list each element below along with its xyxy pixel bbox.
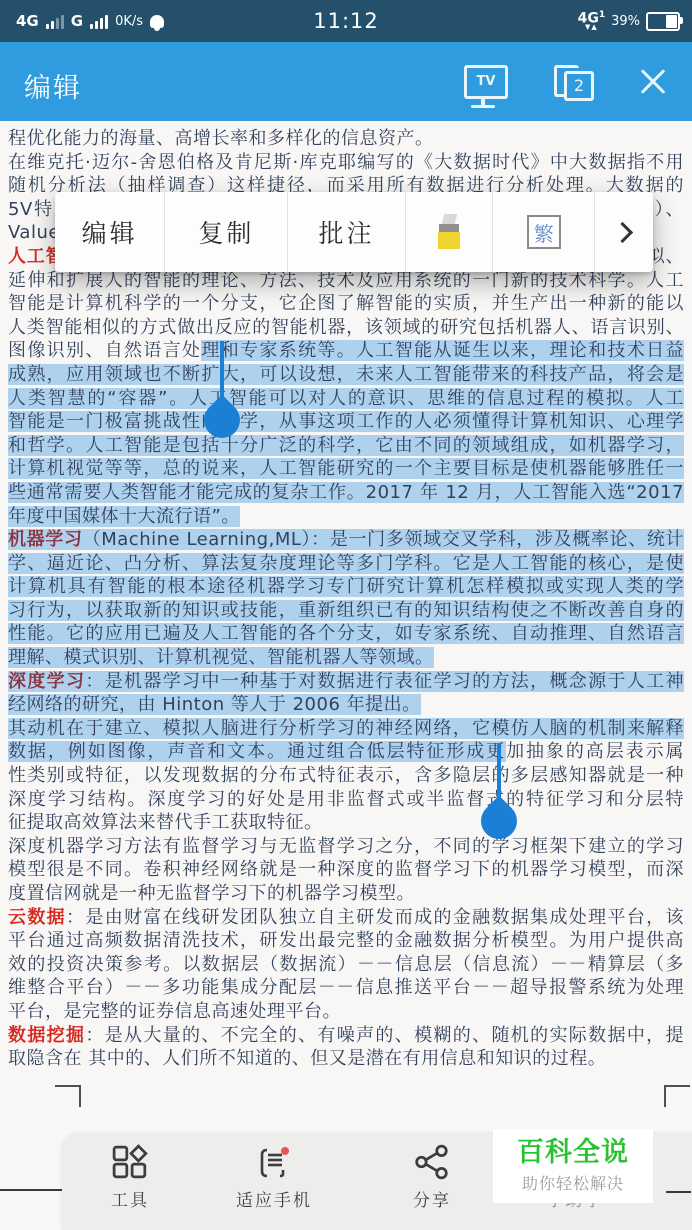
popup-copy-button[interactable]: 复制 — [165, 192, 288, 272]
doc-text: 深度机器学习方法有监督学习与无监督学习之分，不同的学习框架下建立的学习 — [8, 836, 684, 857]
doc-line: 平台，是完整的证券信息高速处理平台。 — [8, 1000, 684, 1024]
page-border-left-segment — [0, 1189, 64, 1191]
doc-text: 维整合平台）－－多功能集成分配层－－信息推送平台－－超导报警系统为处理 — [8, 977, 684, 998]
doc-text: 程优化能力的海量、高增长率和多样化的信息资产。 — [8, 128, 434, 149]
selected-text: 数据，例如图像，声音和文本。通过组合低层特征形成更 — [8, 741, 506, 762]
close-icon[interactable] — [638, 67, 668, 97]
tv-cast-icon[interactable]: TV — [464, 65, 508, 99]
share-label: 分享 — [413, 1186, 451, 1211]
selected-text: 计算机具有智能的根本途径机器学习专门研究计算机怎样模拟或实现人类的学 — [8, 576, 684, 597]
doc-text: 平台，是完整的证券信息高速处理平台。 — [8, 1001, 341, 1022]
page-corner-right — [664, 1085, 690, 1107]
doc-line: 理解、模式识别、计算机视觉、智能机器人等领域。 — [8, 646, 684, 670]
selected-text: 习行为，以获取新的知识或技能，重新组织已有的知识结构使之不断改善自身的 — [8, 600, 684, 621]
doc-line: 云数据：是由财富在线研发团队独立自主研发而成的金融数据集成处理平台，该 — [8, 906, 684, 930]
selected-text: 些通常需要人类智能才能完成的复杂工作。2017 年 12 月，人工智能入选“20… — [8, 482, 684, 503]
selected-text: 成熟，应用领域也不断扩大，可以设想，未来人工智能带来的科技产品，将会是 — [8, 364, 684, 385]
page-title: 编辑 — [24, 66, 82, 105]
doc-text: 模型很是不同。卷积神经网络就是一种深度的监督学习下的机器学习模型，而深 — [8, 859, 684, 880]
doc-line: 智能是一门极富挑战性的科学，从事这项工作的人必须懂得计算机知识、心理学 — [8, 410, 684, 434]
page-corner-left — [55, 1085, 81, 1107]
doc-line: 其动机在于建立、模拟人脑进行分析学习的神经网络，它模仿人脑的机制来解释 — [8, 717, 684, 741]
selected-text: 计算机视觉等等，总的说来，人工智能研究的一个主要目标是使机器能够胜任一 — [8, 458, 684, 479]
doc-text: 人类智能相似的方式做出反应的智能机器，该领域的研究包括机器人、语言识别、 — [8, 317, 684, 338]
doc-line: 数据挖掘：是从大量的、不完全的、有噪声的、模糊的、随机的实际数据中，提 — [8, 1024, 684, 1048]
doc-line: 图像识别、自然语言处理和专家系统等。人工智能从诞生以来，理论和技术日益 — [8, 339, 684, 363]
multi-window-icon[interactable]: 2 — [554, 65, 592, 99]
doc-line: 人类智能相似的方式做出反应的智能机器，该领域的研究包括机器人、语言识别、 — [8, 316, 684, 340]
share-nodes-icon — [414, 1144, 450, 1180]
doc-line: 程优化能力的海量、高增长率和多样化的信息资产。 — [8, 127, 684, 151]
battery-icon — [646, 12, 680, 31]
selected-text: 机器学习 — [8, 529, 83, 550]
selected-text: 学、逼近论、凸分析、算法复杂度理论等多门学科。它是人工智能的核心，是使 — [8, 553, 684, 574]
watermark-subtitle: 助你轻松解决 — [522, 1171, 624, 1194]
phone-screen: 4G G 0K/s 11:12 4G1 ▼▲ 39% 编辑 TV 2 程优 — [0, 0, 692, 1230]
doc-line: 性类别或特征，以发现数据的分布式特征表示，含多隐层的多层感知器就是一种 — [8, 764, 684, 788]
selected-text: 理解、模式识别、计算机视觉、智能机器人等领域。 — [8, 647, 434, 668]
doc-text: 加抽象的高层表示属 — [506, 741, 684, 762]
selected-text: 智能是一门极富挑战性的科学，从事这项工作的人必须懂得计算机知识、心理学 — [8, 411, 684, 432]
doc-text: 效的投资决策参考。以数据层（数据流）－－信息层（信息流）－－精算层（多 — [8, 954, 684, 975]
doc-line: 取隐含在 其中的、人们所不知道的、但又是潜在有用信息和知识的过程。 — [8, 1047, 684, 1071]
fit-phone-button[interactable]: 适应手机 — [219, 1144, 329, 1211]
selected-text: 深度学习 — [8, 671, 85, 692]
doc-text: 智能是计算机科学的一个分支，它企图了解智能的实质，并生产出一种新的能以 — [8, 293, 684, 314]
doc-line: 性能。它的应用已遍及人工智能的各个分支，如专家系统、自动推理、自然语言 — [8, 622, 684, 646]
doc-line: 效的投资决策参考。以数据层（数据流）－－信息层（信息流）－－精算层（多 — [8, 953, 684, 977]
tools-label: 工具 — [111, 1186, 149, 1211]
doc-line: 成熟，应用领域也不断扩大，可以设想，未来人工智能带来的科技产品，将会是 — [8, 363, 684, 387]
doc-line: 年度中国媒体十大流行语”。 — [8, 505, 684, 529]
popup-more-button[interactable] — [595, 192, 653, 272]
doc-line: 平台通过高频数据清洗技术，研发出最完整的金融数据分析模型。为用户提供高 — [8, 929, 684, 953]
doc-line: 模型很是不同。卷积神经网络就是一种深度的监督学习下的机器学习模型，而深 — [8, 858, 684, 882]
doc-line: 经网络的研究，由 Hinton 等人于 2006 年提出。 — [8, 693, 684, 717]
status-right: 4G1 ▼▲ 39% — [578, 0, 680, 42]
doc-line: 些通常需要人类智能才能完成的复杂工作。2017 年 12 月，人工智能入选“20… — [8, 481, 684, 505]
selected-text: ：是机器学习中一种基于对数据进行表征学习的方法，概念源于人工神 — [85, 671, 684, 692]
doc-line: 和哲学。人工智能是包括十分广泛的科学，它由不同的领域组成，如机器学习， — [8, 434, 684, 458]
doc-line: 计算机具有智能的根本途径机器学习专门研究计算机怎样模拟或实现人类的学 — [8, 575, 684, 599]
tools-grid-icon — [112, 1144, 148, 1180]
doc-text: 深度学习结构。深度学习的好处是用非监督式或半监督式的特征学习和分层特 — [8, 789, 684, 810]
watermark-title: 百科全说 — [517, 1138, 629, 1168]
doc-text: 征提取高效算法来替代手工获取特征。 — [8, 812, 323, 833]
popup-edit-button[interactable]: 编辑 — [55, 192, 165, 272]
popup-annotate-button[interactable]: 批注 — [288, 192, 405, 272]
adapt-phone-icon — [255, 1144, 293, 1180]
selected-text: （Machine Learning,ML）：是一门多领域交叉学科，涉及概率论、统… — [83, 529, 684, 550]
doc-line: 深度学习结构。深度学习的好处是用非监督式或半监督式的特征学习和分层特 — [8, 788, 684, 812]
doc-text: 在维克托·迈尔-舍恩伯格及肯尼斯·库克耶编写的《大数据时代》中大数据指不用 — [8, 152, 684, 173]
doc-line: 征提取高效算法来替代手工获取特征。 — [8, 811, 684, 835]
traditional-chinese-icon: 繁 — [527, 215, 561, 249]
doc-text: 平台通过高频数据清洗技术，研发出最完整的金融数据分析模型。为用户提供高 — [8, 930, 684, 951]
doc-line: 机器学习（Machine Learning,ML）：是一门多领域交叉学科，涉及概… — [8, 528, 684, 552]
doc-line: 计算机视觉等等，总的说来，人工智能研究的一个主要目标是使机器能够胜任一 — [8, 457, 684, 481]
doc-line: 人类智慧的“容器”。人工智能可以对人的意识、思维的信息过程的模拟。人工 — [8, 387, 684, 411]
share-button[interactable]: 分享 — [377, 1144, 487, 1211]
battery-percent: 39% — [611, 14, 640, 29]
selected-text: 和哲学。人工智能是包括十分广泛的科学，它由不同的领域组成，如机器学习， — [8, 435, 684, 456]
selected-text: 经网络的研究，由 Hinton 等人于 2006 年提出。 — [8, 694, 421, 715]
doc-line: 深度学习：是机器学习中一种基于对数据进行表征学习的方法，概念源于人工神 — [8, 670, 684, 694]
doc-line: 延伸和扩展人的智能的理论、方法、技术及应用系统的一门新的技术科学。人工 — [8, 269, 684, 293]
doc-line: 度置信网就是一种无监督学习下的机器学习模型。 — [8, 882, 684, 906]
doc-text: 取隐含在 其中的、人们所不知道的、但又是潜在有用信息和知识的过程。 — [8, 1048, 606, 1069]
status-bar: 4G G 0K/s 11:12 4G1 ▼▲ 39% — [0, 0, 692, 42]
popup-highlight-button[interactable] — [406, 192, 493, 272]
chevron-right-icon — [612, 221, 633, 242]
doc-text: 性类别或特征，以发现数据的分布式特征表示，含多隐层的多层感知器就是一种 — [8, 765, 684, 786]
doc-text: 延伸和扩展人的智能的理论、方法、技术及应用系统的一门新的技术科学。人工 — [8, 270, 684, 291]
doc-text: 数据挖掘 — [8, 1025, 85, 1046]
doc-line: 学、逼近论、凸分析、算法复杂度理论等多门学科。它是人工智能的核心，是使 — [8, 552, 684, 576]
doc-text: 度置信网就是一种无监督学习下的机器学习模型。 — [8, 883, 415, 904]
doc-line: 维整合平台）－－多功能集成分配层－－信息推送平台－－超导报警系统为处理 — [8, 976, 684, 1000]
doc-text: ：是由财富在线研发团队独立自主研发而成的金融数据集成处理平台，该 — [66, 907, 684, 928]
doc-line: 数据，例如图像，声音和文本。通过组合低层特征形成更加抽象的高层表示属 — [8, 740, 684, 764]
selected-text: 理和专家系统等。人工智能从诞生以来，理论和技术日益 — [201, 340, 684, 361]
doc-line: 智能是计算机科学的一个分支，它企图了解智能的实质，并生产出一种新的能以 — [8, 292, 684, 316]
doc-line: 在维克托·迈尔-舍恩伯格及肯尼斯·库克耶编写的《大数据时代》中大数据指不用 — [8, 151, 684, 175]
fit-phone-label: 适应手机 — [236, 1186, 312, 1211]
doc-text: 图像识别、自然语言处 — [8, 340, 201, 361]
doc-text: ：是从大量的、不完全的、有噪声的、模糊的、随机的实际数据中，提 — [85, 1025, 684, 1046]
tools-button[interactable]: 工具 — [75, 1144, 185, 1211]
highlighter-icon — [436, 214, 462, 250]
selected-text: 其动机在于建立、模拟人脑进行分析学习的神经网络，它模仿人脑的机制来解释 — [8, 718, 684, 739]
selected-text: 年度中国媒体十大流行语”。 — [8, 506, 240, 527]
selected-text: 人类智慧的“容器”。人工智能可以对人的意识、思维的信息过程的模拟。人工 — [8, 388, 684, 409]
watermark-badge: 百科全说 助你轻松解决 — [493, 1129, 653, 1203]
updown-arrows-icon: ▼▲ — [585, 24, 598, 31]
page-border-right-segment — [666, 1191, 691, 1193]
header-actions: TV 2 — [464, 42, 692, 121]
app-header: 编辑 TV 2 — [0, 42, 692, 121]
doc-line: 深度机器学习方法有监督学习与无监督学习之分，不同的学习框架下建立的学习 — [8, 835, 684, 859]
popup-traditional-button[interactable]: 繁 — [493, 192, 595, 272]
selected-text: 性能。它的应用已遍及人工智能的各个分支，如专家系统、自动推理、自然语言 — [8, 623, 684, 644]
selection-popup: 编辑 复制 批注 繁 — [55, 192, 653, 272]
doc-line: 习行为，以获取新的知识或技能，重新组织已有的知识结构使之不断改善自身的 — [8, 599, 684, 623]
network-type-indicator: 4G1 ▼▲ — [578, 11, 606, 32]
doc-text: 云数据 — [8, 907, 66, 928]
